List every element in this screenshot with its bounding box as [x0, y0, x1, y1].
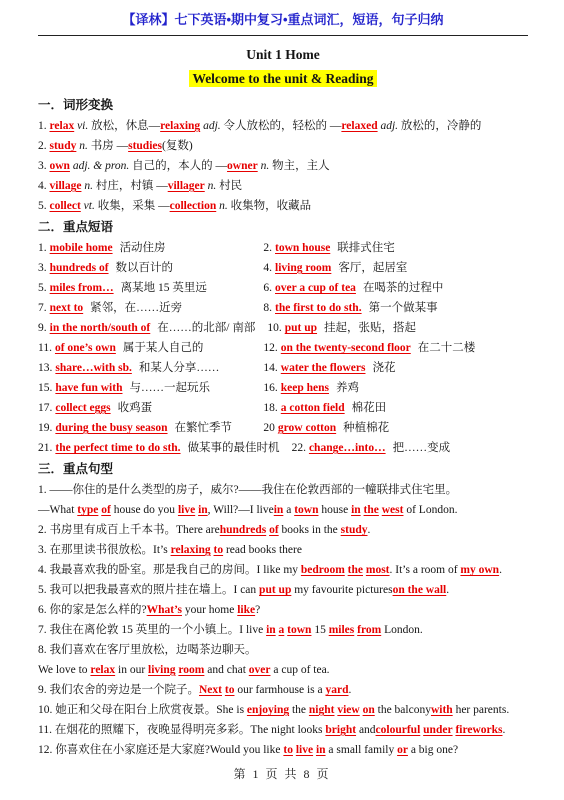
text-segment: . [499, 564, 502, 576]
phrase-english: the perfect time to do sth. [55, 442, 180, 454]
text-segment: 1. [38, 120, 50, 132]
text-segment: 15 [311, 624, 328, 636]
text-segment: and [356, 724, 375, 736]
wordform-line: 2. study n. 书房 —studies(复数) [38, 136, 528, 156]
sentence-line: We love to relax in our living room and … [38, 660, 528, 680]
text-segment: 放松，休息— [88, 120, 160, 132]
text-segment: 村庄，村镇 — [93, 180, 168, 192]
text-segment: We love to [38, 664, 90, 676]
sentence-line: 10. 她正和父母在阳台上欣赏夜景。She is enjoying the ni… [38, 700, 528, 720]
phrase-item: 7.next to紧邻，在……近旁 [38, 298, 263, 318]
sentence-line: 1. ——你住的是什么类型的房子，威尔?——我住在伦敦西部的一幢联排式住宅里。 [38, 480, 528, 500]
text-segment: ? [255, 604, 260, 616]
phrase-row: 7.next to紧邻，在……近旁8.the first to do sth.第… [38, 298, 528, 318]
text-segment: vi. [74, 120, 88, 132]
text-segment: 村民 [216, 180, 242, 192]
phrase-item: 2.town house联排式住宅 [263, 238, 528, 258]
phrase-chinese: 棉花田 [352, 402, 387, 414]
phrase-item: 17.collect eggs收鸡蛋 [38, 398, 263, 418]
keyword-segment: fireworks [455, 724, 502, 736]
keyword-segment: under [423, 724, 452, 736]
phrase-row: 5.miles from…离某地 15 英里远6.over a cup of t… [38, 278, 528, 298]
phrase-number: 1. [38, 242, 47, 254]
text-segment: 收集，采集 — [95, 200, 170, 212]
text-segment: 6. 你的家是怎么样的? [38, 604, 147, 616]
text-segment: a [283, 504, 294, 516]
text-segment: . [446, 584, 449, 596]
phrase-english: living room [275, 262, 331, 274]
phrase-item: 12.on the twenty-second floor在二十二楼 [263, 338, 528, 358]
keyword-segment: bright [325, 724, 356, 736]
phrase-number: 2. [263, 242, 272, 254]
text-segment: 4. 我最喜欢我的卧室。那是我自己的房间。I like my [38, 564, 301, 576]
phrase-item: 9.in the north/south of在……的北部/ 南部 [38, 318, 267, 338]
text-segment: 3. 在那里读书很放松。It’s [38, 544, 171, 556]
text-segment: read books there [223, 544, 302, 556]
header-divider [38, 35, 528, 36]
phrase-english: change…into… [309, 442, 386, 454]
text-segment: 9. 我们农舍的旁边是一个院子。 [38, 684, 199, 696]
phrase-chinese: 客厅，起居室 [338, 262, 407, 274]
text-segment: 物主，主人 [269, 160, 329, 172]
phrase-item: 6.over a cup of tea在喝茶的过程中 [263, 278, 528, 298]
phrase-chinese: 在繁忙季节 [175, 422, 233, 434]
phrase-chinese: 在喝茶的过程中 [363, 282, 444, 294]
phrase-chinese: 第一个做某事 [369, 302, 438, 314]
text-segment: a big one? [408, 744, 458, 756]
keyword-segment: bedroom [301, 564, 345, 576]
sentence-line: 9. 我们农舍的旁边是一个院子。Next to our farmhouse is… [38, 680, 528, 700]
keyword-segment: over [249, 664, 271, 676]
phrase-chinese: 浇花 [373, 362, 396, 374]
phrase-number: 4. [263, 262, 272, 274]
phrase-row: 3.hundreds of数以百计的4.living room客厅，起居室 [38, 258, 528, 278]
phrase-item: 3.hundreds of数以百计的 [38, 258, 263, 278]
keyword-segment: studies [128, 140, 162, 152]
text-segment: 2. 书房里有成百上千本书。There are [38, 524, 220, 536]
phrase-chinese: 种植棉花 [343, 422, 389, 434]
phrase-english: the first to do sth. [275, 302, 362, 314]
text-segment: , Will?—I live [208, 504, 274, 516]
keyword-segment: study [50, 140, 77, 152]
keyword-segment: What’s [147, 604, 182, 616]
keyword-segment: town [287, 624, 311, 636]
keyword-segment: on [363, 704, 375, 716]
text-segment: 令人放松的，轻松的 — [221, 120, 342, 132]
keyword-segment: live [296, 744, 313, 756]
lesson-subtitle-highlight: Welcome to the unit & Reading [189, 70, 376, 87]
text-segment: house do you [111, 504, 178, 516]
keyword-segment: to [214, 544, 224, 556]
lesson-subtitle-row: Welcome to the unit & Reading [38, 66, 528, 93]
keyword-segment: villager [168, 180, 205, 192]
text-segment: a cup of tea. [270, 664, 329, 676]
keyword-segment: own [50, 160, 70, 172]
text-segment: 5. [38, 200, 50, 212]
keyword-segment: like [237, 604, 255, 616]
phrase-chinese: 收鸡蛋 [118, 402, 153, 414]
phrase-english: keep hens [281, 382, 329, 394]
keyword-segment: in [266, 624, 276, 636]
text-segment: adj. [378, 120, 398, 132]
phrase-chinese: 和某人分享…… [139, 362, 220, 374]
keyword-segment: the [348, 564, 363, 576]
keyword-segment: owner [227, 160, 258, 172]
phrase-english: have fun with [55, 382, 122, 394]
phrase-number: 15. [38, 382, 52, 394]
text-segment: books in the [279, 524, 341, 536]
phrase-chinese: 数以百计的 [116, 262, 174, 274]
phrase-number: 18. [263, 402, 277, 414]
keyword-segment: my own [460, 564, 499, 576]
keyword-segment: study [341, 524, 368, 536]
page-footer: 第 1 页 共 8 页 [0, 765, 564, 782]
phrase-english: grow cotton [278, 422, 336, 434]
phrase-english: mobile home [50, 242, 113, 254]
sentence-list: 1. ——你住的是什么类型的房子，威尔?——我住在伦敦西部的一幢联排式住宅里。—… [38, 480, 528, 760]
text-segment: my favourite pictures [291, 584, 392, 596]
keyword-segment: most [366, 564, 390, 576]
sentence-line: 7. 我住在离伦敦 15 英里的一个小镇上。I live in a town 1… [38, 620, 528, 640]
unit-title: Unit 1 Home [38, 43, 528, 66]
text-segment: the balcony [375, 704, 431, 716]
phrase-item: 8.the first to do sth.第一个做某事 [263, 298, 528, 318]
text-segment: —What [38, 504, 77, 516]
keyword-segment: enjoying [247, 704, 289, 716]
keyword-segment: with [431, 704, 453, 716]
phrase-chinese: 紧邻，在……近旁 [90, 302, 182, 314]
wordform-line: 4. village n. 村庄，村镇 —villager n. 村民 [38, 176, 528, 196]
phrase-english: water the flowers [281, 362, 366, 374]
text-segment: 2. [38, 140, 50, 152]
text-segment: 3. [38, 160, 50, 172]
text-segment: our farmhouse is a [234, 684, 325, 696]
phrase-item: 19.during the busy season在繁忙季节 [38, 418, 263, 438]
keyword-segment: of [269, 524, 279, 536]
phrase-chinese: 离某地 15 英里远 [121, 282, 207, 294]
phrase-item: 13.share…with sb.和某人分享…… [38, 358, 263, 378]
keyword-segment: in [274, 504, 284, 516]
text-segment: of London. [403, 504, 457, 516]
doc-header-title: 【译林】七下英语•期中复习•重点词汇，短语，句子归纳 [38, 10, 528, 30]
wordform-line: 3. own adj. & pron. 自己的，本人的 —owner n. 物主… [38, 156, 528, 176]
text-segment: . [368, 524, 371, 536]
wordform-list: 1. relax vi. 放松，休息—relaxing adj. 令人放松的，轻… [38, 116, 528, 216]
phrase-chinese: 属于某人自己的 [123, 342, 204, 354]
wordform-line: 1. relax vi. 放松，休息—relaxing adj. 令人放松的，轻… [38, 116, 528, 136]
keyword-segment: miles [329, 624, 355, 636]
text-segment: in our [115, 664, 148, 676]
text-segment: n. [258, 160, 270, 172]
phrase-item: 5.miles from…离某地 15 英里远 [38, 278, 263, 298]
phrase-number: 8. [263, 302, 272, 314]
keyword-segment: Next [199, 684, 222, 696]
text-segment: adj. & pron. [70, 160, 129, 172]
keyword-segment: in [316, 744, 326, 756]
phrase-chinese: 在二十二楼 [418, 342, 476, 354]
sentence-line: 6. 你的家是怎么样的?What’s your home like? [38, 600, 528, 620]
phrase-english: put up [285, 322, 317, 334]
keyword-segment: relaxing [160, 120, 200, 132]
keyword-segment: or [397, 744, 408, 756]
phrase-number: 22. [292, 442, 306, 454]
text-segment: her parents. [453, 704, 510, 716]
phrase-english: collect eggs [55, 402, 110, 414]
sentence-line: 8. 我们喜欢在客厅里放松，边喝茶边聊天。 [38, 640, 528, 660]
phrase-chinese: 挂起，张贴，搭起 [324, 322, 416, 334]
phrase-chinese: 与……一起玩乐 [129, 382, 210, 394]
phrase-number: 10. [267, 322, 281, 334]
phrase-item: 4.living room客厅，起居室 [263, 258, 528, 278]
sentence-line: 3. 在那里读书很放松。It’s relaxing to read books … [38, 540, 528, 560]
phrase-english: share…with sb. [55, 362, 131, 374]
text-segment: 4. [38, 180, 50, 192]
text-segment: 12. 你喜欢住在小家庭还是大家庭?Would you like [38, 744, 283, 756]
text-segment: house [318, 504, 351, 516]
keyword-segment: relaxing [171, 544, 211, 556]
text-segment: 1. ——你住的是什么类型的房子，威尔?——我住在伦敦西部的一幢联排式住宅里。 [38, 484, 457, 496]
keyword-segment: relax [90, 664, 115, 676]
sentence-line: 4. 我最喜欢我的卧室。那是我自己的房间。I like my bedroom t… [38, 560, 528, 580]
phrase-chinese: 联排式住宅 [337, 242, 395, 254]
text-segment: and chat [204, 664, 248, 676]
sentence-line: 12. 你喜欢住在小家庭还是大家庭?Would you like to live… [38, 740, 528, 760]
keyword-segment: room [178, 664, 204, 676]
phrase-number: 12. [263, 342, 277, 354]
phrase-english: during the busy season [55, 422, 167, 434]
phrase-english: town house [275, 242, 330, 254]
sentence-line: 2. 书房里有成百上千本书。There arehundreds of books… [38, 520, 528, 540]
keyword-segment: town [294, 504, 318, 516]
phrase-item: 15.have fun with与……一起玩乐 [38, 378, 263, 398]
phrase-number: 7. [38, 302, 47, 314]
sentence-line: —What type of house do you live in, Will… [38, 500, 528, 520]
keyword-segment: collection [170, 200, 217, 212]
text-segment: 8. 我们喜欢在客厅里放松，边喝茶边聊天。 [38, 644, 257, 656]
phrase-item: 14.water the flowers浇花 [263, 358, 528, 378]
text-segment: a small family [326, 744, 398, 756]
phrase-number: 6. [263, 282, 272, 294]
keyword-segment: yard [326, 684, 349, 696]
keyword-segment: relaxed [341, 120, 377, 132]
keyword-segment: in [198, 504, 208, 516]
phrase-number: 16. [263, 382, 277, 394]
phrase-item: 10.put up挂起，张贴，搭起 [267, 318, 528, 338]
text-segment: 10. 她正和父母在阳台上欣赏夜景。She is [38, 704, 247, 716]
keyword-segment: to [283, 744, 293, 756]
keyword-segment: relax [50, 120, 75, 132]
phrase-number: 11. [38, 342, 52, 354]
text-segment: n. [81, 180, 93, 192]
phrase-english: next to [50, 302, 84, 314]
text-segment: . [349, 684, 352, 696]
document-page: 【译林】七下英语•期中复习•重点词汇，短语，句子归纳 Unit 1 Home W… [0, 0, 564, 800]
phrase-english: over a cup of tea [275, 282, 356, 294]
keyword-segment: village [50, 180, 82, 192]
phrase-item: 21.the perfect time to do sth.做某事的最佳时机 [38, 438, 292, 458]
keyword-segment: hundreds [220, 524, 266, 536]
phrase-chinese: 养鸡 [336, 382, 359, 394]
phrase-row: 21.the perfect time to do sth.做某事的最佳时机22… [38, 438, 528, 458]
sentence-line: 11. 在烟花的照耀下，夜晚显得明亮多彩。The night looks bri… [38, 720, 528, 740]
phrase-row: 15.have fun with与……一起玩乐16.keep hens养鸡 [38, 378, 528, 398]
phrase-item: 20grow cotton种植棉花 [263, 418, 528, 438]
phrase-row: 13.share…with sb.和某人分享……14.water the flo… [38, 358, 528, 378]
text-segment: 收集物，收藏品 [228, 200, 311, 212]
text-segment: n. [205, 180, 217, 192]
section-heading-wordforms: 一．词形变换 [38, 94, 528, 116]
sentence-line: 5. 我可以把我最喜欢的照片挂在墙上。I can put up my favou… [38, 580, 528, 600]
text-segment: adj. [200, 120, 220, 132]
keyword-segment: on the wall [393, 584, 447, 596]
phrase-chinese: 在……的北部/ 南部 [157, 322, 255, 334]
text-segment: (复数) [162, 140, 193, 152]
keyword-segment: in [351, 504, 361, 516]
text-segment: . It’s a room of [390, 564, 461, 576]
text-segment: 7. 我住在离伦敦 15 英里的一个小镇上。I live [38, 624, 266, 636]
phrase-chinese: 做某事的最佳时机 [188, 442, 280, 454]
keyword-segment: from [357, 624, 381, 636]
phrase-row: 19.during the busy season在繁忙季节20grow cot… [38, 418, 528, 438]
phrase-number: 13. [38, 362, 52, 374]
keyword-segment: put up [259, 584, 291, 596]
keyword-segment: view [337, 704, 359, 716]
phrase-chinese: 活动住房 [120, 242, 166, 254]
keyword-segment: colourful [376, 724, 421, 736]
text-segment: vt. [81, 200, 95, 212]
keyword-segment: night [309, 704, 335, 716]
keyword-segment: type [77, 504, 98, 516]
phrase-row: 17.collect eggs收鸡蛋18.a cotton field棉花田 [38, 398, 528, 418]
phrase-number: 5. [38, 282, 47, 294]
keyword-segment: of [101, 504, 111, 516]
phrase-number: 20 [263, 422, 275, 434]
phrase-item: 11.of one’s own属于某人自己的 [38, 338, 263, 358]
text-segment: London. [381, 624, 423, 636]
keyword-segment: living [148, 664, 175, 676]
phrase-english: a cotton field [281, 402, 345, 414]
phrase-number: 17. [38, 402, 52, 414]
text-segment: 放松的，冷静的 [398, 120, 481, 132]
text-segment: . [503, 724, 506, 736]
text-segment: the [289, 704, 309, 716]
phrase-item: 1.mobile home活动住房 [38, 238, 263, 258]
phrase-row: 1.mobile home活动住房2.town house联排式住宅 [38, 238, 528, 258]
phrase-english: in the north/south of [50, 322, 151, 334]
text-segment: 自己的，本人的 — [129, 160, 227, 172]
phrase-english: of one’s own [55, 342, 116, 354]
phrase-chinese: 把……变成 [393, 442, 451, 454]
text-segment: 书房 — [88, 140, 128, 152]
keyword-segment: the [364, 504, 379, 516]
wordform-line: 5. collect vt. 收集，采集 —collection n. 收集物，… [38, 196, 528, 216]
phrase-number: 19. [38, 422, 52, 434]
phrase-list: 1.mobile home活动住房2.town house联排式住宅3.hund… [38, 238, 528, 458]
phrase-english: on the twenty-second floor [281, 342, 411, 354]
text-segment: your home [182, 604, 237, 616]
phrase-row: 9.in the north/south of在……的北部/ 南部10.put … [38, 318, 528, 338]
phrase-english: hundreds of [50, 262, 109, 274]
keyword-segment: collect [50, 200, 81, 212]
phrase-item: 16.keep hens养鸡 [263, 378, 528, 398]
phrase-item: 22.change…into…把……变成 [292, 438, 528, 458]
keyword-segment: west [382, 504, 404, 516]
phrase-row: 11.of one’s own属于某人自己的12.on the twenty-s… [38, 338, 528, 358]
section-heading-phrases: 二．重点短语 [38, 216, 528, 238]
text-segment: 5. 我可以把我最喜欢的照片挂在墙上。I can [38, 584, 259, 596]
section-heading-sentences: 三．重点句型 [38, 458, 528, 480]
text-segment: 11. 在烟花的照耀下，夜晚显得明亮多彩。The night looks [38, 724, 325, 736]
text-segment: n. [216, 200, 228, 212]
phrase-number: 3. [38, 262, 47, 274]
phrase-number: 9. [38, 322, 47, 334]
phrase-item: 18.a cotton field棉花田 [263, 398, 528, 418]
text-segment: n. [76, 140, 88, 152]
keyword-segment: live [178, 504, 195, 516]
phrase-number: 14. [263, 362, 277, 374]
phrase-number: 21. [38, 442, 52, 454]
phrase-english: miles from… [50, 282, 114, 294]
